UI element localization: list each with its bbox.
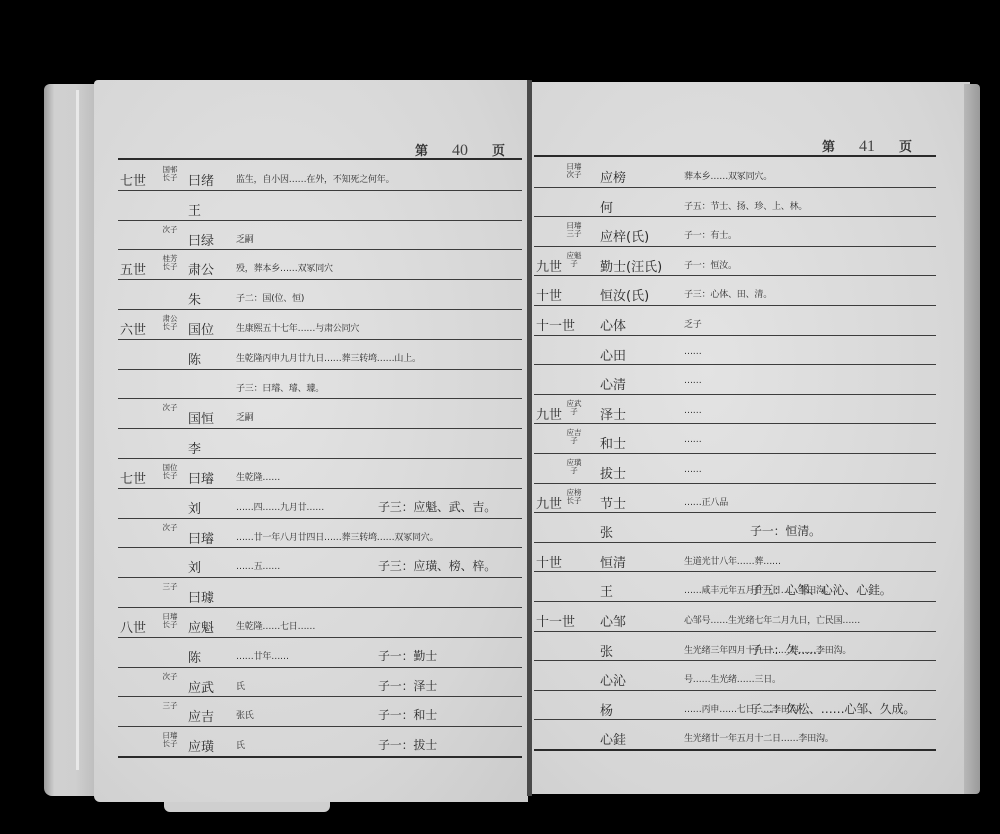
person-name: 何	[600, 197, 613, 216]
person-name: 应吉	[188, 706, 214, 725]
children-note: 子一：久……	[750, 641, 821, 658]
row-rule	[118, 220, 522, 221]
record-note: ……	[684, 347, 702, 357]
person-name: 曰璿	[188, 468, 214, 487]
relation-label: 次子	[160, 524, 180, 532]
person-name: 张	[600, 641, 613, 660]
relation-label: 次子	[160, 404, 180, 412]
person-name: 勤士(汪氏)	[600, 256, 662, 275]
relation-label: 应吉 子	[564, 429, 584, 445]
record-note: 心邹号……生光绪七年二月九日，亡民国……	[684, 613, 860, 626]
person-name: 应梓(氏)	[600, 226, 649, 245]
relation-label: 曰璿 三子	[564, 222, 584, 238]
book-edge-left	[44, 84, 96, 796]
record-note: 号……生光绪……三日。	[684, 672, 781, 685]
person-name: 曰绪	[188, 170, 214, 189]
record-note: ……	[684, 406, 702, 416]
record-note: 子一：有士。	[684, 228, 737, 241]
header-rule	[118, 158, 522, 160]
row-rule	[534, 660, 936, 661]
record-note: ……正八品	[684, 495, 728, 508]
person-name: 杨	[600, 700, 613, 719]
row-rule	[534, 749, 936, 751]
row-rule	[534, 542, 936, 543]
row-rule	[534, 335, 936, 336]
generation-label: 八世	[120, 617, 146, 636]
row-rule	[118, 756, 522, 758]
person-name: 张	[600, 522, 613, 541]
relation-label: 三子	[160, 702, 180, 710]
record-note: ……廿一年八月廿四日……葬三转塆……双冢同穴。	[236, 530, 438, 543]
relation-label: 肃公 长子	[160, 315, 180, 331]
record-note: 乏嗣	[236, 410, 254, 423]
page-suffix: 页	[899, 140, 912, 155]
row-rule	[534, 453, 936, 454]
row-rule	[118, 637, 522, 638]
relation-label: 国位 长子	[160, 464, 180, 480]
row-rule	[118, 547, 522, 548]
person-name: 节士	[600, 493, 626, 512]
generation-label: 九世	[536, 493, 562, 512]
person-name: 陈	[188, 349, 201, 368]
person-name: 恒汝(氏)	[600, 285, 649, 304]
record-note: ……	[684, 376, 702, 386]
record-note: 子五：节士、扬、珍、上、林。	[684, 199, 807, 212]
page-label: 第	[822, 140, 835, 155]
generation-label: 七世	[120, 468, 146, 487]
person-name: 李	[188, 438, 201, 457]
record-note: 乏嗣	[236, 232, 254, 245]
relation-label: 曰璿 次子	[564, 163, 584, 179]
person-name: 泽士	[600, 404, 626, 423]
generation-label: 十世	[536, 285, 562, 304]
relation-label: 国邨 长子	[160, 166, 180, 182]
record-note: 乏子	[684, 317, 702, 330]
row-rule	[118, 190, 522, 191]
row-rule	[534, 305, 936, 306]
page-suffix: 页	[492, 144, 505, 159]
person-name: 国位	[188, 319, 214, 338]
row-rule	[534, 394, 936, 395]
row-rule	[118, 518, 522, 519]
person-name: 刘	[188, 557, 201, 576]
row-rule	[534, 690, 936, 691]
person-name: 肃公	[188, 259, 214, 278]
row-rule	[118, 369, 522, 370]
generation-label: 七世	[120, 170, 146, 189]
relation-label: 曰璿 长子	[160, 613, 180, 629]
row-rule	[118, 696, 522, 697]
person-name: 应武	[188, 677, 214, 696]
row-rule	[118, 339, 522, 340]
record-note: 监生，自小因……在外，不知死之何年。	[236, 172, 394, 185]
person-name: 陈	[188, 647, 201, 666]
relation-label: 应璜 子	[564, 459, 584, 475]
record-note: ……	[684, 435, 702, 445]
row-rule	[534, 423, 936, 424]
relation-label: 三子	[160, 583, 180, 591]
person-name: 心田	[600, 345, 626, 364]
children-note: 子三：应璜、榜、梓。	[378, 557, 496, 574]
relation-label: 应榜 长子	[564, 489, 584, 505]
row-rule	[118, 458, 522, 459]
row-rule	[118, 607, 522, 608]
row-rule	[534, 571, 936, 572]
row-rule	[534, 483, 936, 484]
person-name: 曰璩	[188, 587, 214, 606]
person-name: 心銈	[600, 729, 626, 748]
children-note: 子三：心邹、心沁、心銈。	[750, 581, 892, 598]
record-note: 生道光廿八年……葬……	[684, 554, 781, 567]
person-name: 王	[188, 200, 201, 219]
row-rule	[118, 577, 522, 578]
person-name: 心邹	[600, 611, 626, 630]
row-rule	[118, 428, 522, 429]
book-edge-right	[964, 84, 980, 794]
person-name: 心沁	[600, 670, 626, 689]
relation-label: 次子	[160, 226, 180, 234]
children-note: 子一：恒清。	[750, 522, 821, 539]
record-note: 生康熙五十七年……与肃公同穴	[236, 321, 359, 334]
record-note: 子二：国(位、恒)	[236, 291, 304, 304]
row-rule	[118, 398, 522, 399]
person-name: 国恒	[188, 408, 214, 427]
record-note: 子一：恒汝。	[684, 258, 737, 271]
row-rule	[534, 187, 936, 188]
generation-label: 五世	[120, 259, 146, 278]
row-rule	[534, 216, 936, 217]
row-rule	[118, 488, 522, 489]
record-note: 生乾隆……	[236, 470, 280, 483]
record-note: ……四……九月廿……	[236, 500, 324, 513]
generation-label: 十世	[536, 552, 562, 571]
person-name: 曰璿	[188, 528, 214, 547]
header-rule	[534, 155, 936, 157]
children-note: 子一：勤士	[378, 647, 437, 664]
page-number: 41	[859, 138, 875, 155]
relation-label: 次子	[160, 673, 180, 681]
person-name: 心清	[600, 374, 626, 393]
page-number: 40	[452, 142, 468, 159]
record-note: ……五……	[236, 559, 280, 572]
record-note: 生乾隆……七日……	[236, 619, 315, 632]
record-note: 子三：曰璿、璿、璩。	[236, 381, 324, 394]
person-name: 曰绿	[188, 230, 214, 249]
relation-label: 曰璿 长子	[160, 732, 180, 748]
generation-label: 六世	[120, 319, 146, 338]
row-rule	[534, 512, 936, 513]
record-note: 张氏	[236, 708, 254, 721]
generation-label: 十一世	[536, 611, 575, 630]
row-rule	[118, 726, 522, 727]
person-name: 朱	[188, 289, 201, 308]
record-note: 殁，葬本乡……双冢同穴	[236, 261, 333, 274]
children-note: 子一：拔士	[378, 736, 437, 753]
person-name: 拔士	[600, 463, 626, 482]
person-name: 心体	[600, 315, 626, 334]
generation-label: 九世	[536, 256, 562, 275]
row-rule	[118, 249, 522, 250]
row-rule	[534, 631, 936, 632]
right-page-header: 第41页	[822, 136, 912, 156]
row-rule	[118, 309, 522, 310]
row-rule	[534, 601, 936, 602]
children-note: 子一：和士	[378, 706, 437, 723]
children-note: 子三：应魁、武、吉。	[378, 498, 496, 515]
relation-label: 桂芳 长子	[160, 255, 180, 271]
generation-label: 十一世	[536, 315, 575, 334]
row-rule	[534, 364, 936, 365]
person-name: 刘	[188, 498, 201, 517]
row-rule	[118, 279, 522, 280]
record-note: 子三：心体、田、清。	[684, 287, 772, 300]
record-note: 生乾隆丙申九月廿九日……葬三转塆……山上。	[236, 351, 421, 364]
person-name: 和士	[600, 433, 626, 452]
row-rule	[534, 719, 936, 720]
record-note: 生光绪廿一年五月十二日……李田沟。	[684, 731, 834, 744]
record-note: ……	[684, 465, 702, 475]
children-note: 子一：泽士	[378, 677, 437, 694]
relation-label: 应魁 子	[564, 252, 584, 268]
record-note: 氏	[236, 738, 245, 751]
record-note: 葬本乡……双冢同穴。	[684, 169, 772, 182]
person-name: 应璜	[188, 736, 214, 755]
left-page-header: 第40页	[415, 140, 505, 160]
person-name: 王	[600, 581, 613, 600]
row-rule	[534, 275, 936, 276]
record-note: ……廿年……	[236, 649, 289, 662]
record-note: 氏	[236, 679, 245, 692]
person-name: 应魁	[188, 617, 214, 636]
page-label: 第	[415, 144, 428, 159]
children-note: 子二：久松、……心邹、久成。	[750, 700, 915, 717]
generation-label: 九世	[536, 404, 562, 423]
person-name: 恒清	[600, 552, 626, 571]
person-name: 应榜	[600, 167, 626, 186]
row-rule	[118, 667, 522, 668]
relation-label: 应武 子	[564, 400, 584, 416]
row-rule	[534, 246, 936, 247]
